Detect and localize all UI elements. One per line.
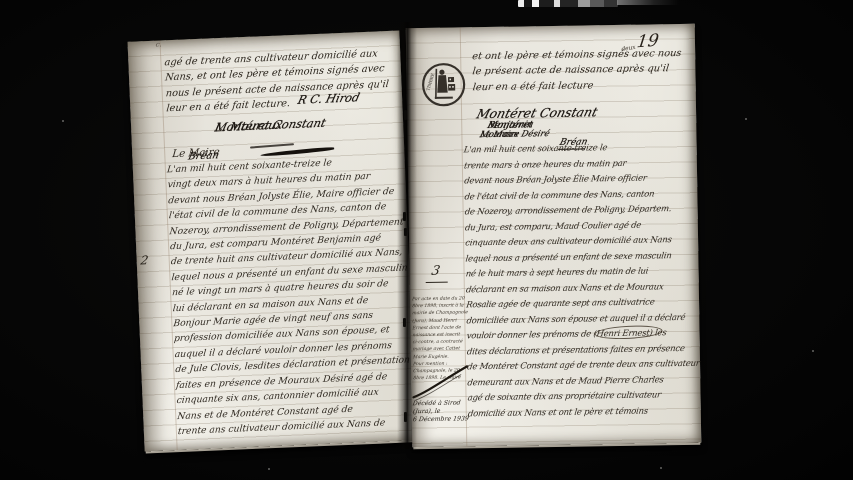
inline-signature: R C. Hirod	[296, 90, 361, 107]
binding-stitch	[404, 110, 407, 120]
film-frame-edge-fade	[617, 0, 679, 5]
birth-act-text-left: L'an mil huit cent soixante-treize levin…	[167, 152, 415, 439]
manuscript-line: leur en a été fait lecture	[472, 77, 683, 96]
act-number-2: 2	[140, 253, 150, 267]
margin-flourish	[411, 361, 470, 402]
previous-act-closing-left: agé de trente ans cultivateur domicilié …	[164, 46, 390, 117]
manuscript-line: domicilié aux Nans et ont le père et tém…	[467, 403, 701, 422]
binding-stitch	[403, 212, 406, 221]
fiscal-stamp-icon: TIMBRE	[420, 61, 467, 108]
right-page: deux 19 TIMBRE et ont le père et témoins…	[406, 24, 702, 447]
left-page: c. agé de trente ans cultivateur domicil…	[128, 30, 417, 451]
act-number-3: 3	[430, 264, 441, 279]
maire-label: Le Maire	[479, 130, 521, 141]
signature-row-1: Montéret Constant	[475, 104, 599, 121]
dust-speck	[660, 467, 662, 469]
microfilm-scan: c. agé de trente ans cultivateur domicil…	[0, 0, 853, 480]
dust-speck	[62, 120, 64, 122]
act-closing-right: et ont le père et témoins signés avec no…	[472, 46, 682, 95]
binding-stitch	[404, 412, 407, 422]
act-number-underline	[426, 282, 448, 283]
birth-act-text-right: L'an mil huit cent soixante-treize letre…	[464, 140, 701, 423]
binding-stitch	[404, 228, 407, 236]
dust-speck	[268, 468, 270, 470]
death-note-line: 6 Décembre 1939	[412, 416, 471, 425]
death-margin-note: Décédé à Sirod(Jura), le6 Décembre 1939	[413, 399, 471, 425]
dust-speck	[745, 118, 747, 120]
dust-speck	[812, 350, 814, 352]
film-frame-edge-artifact	[518, 0, 618, 7]
signature-monteret: Montéret Constant	[213, 116, 327, 135]
binding-stitch	[403, 318, 406, 327]
